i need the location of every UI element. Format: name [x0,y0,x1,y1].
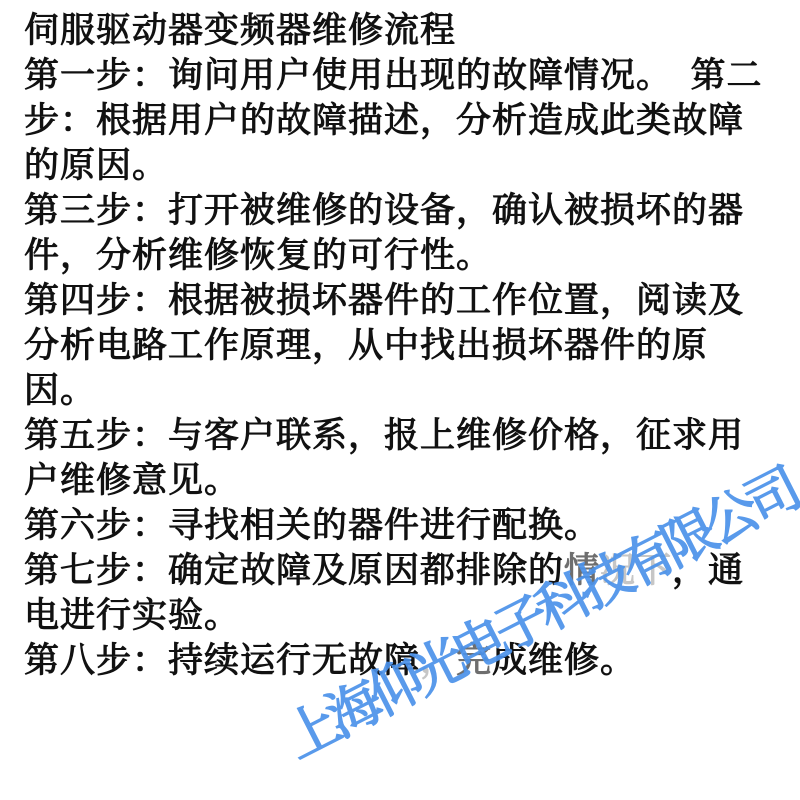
text-line: 的原因。 [24,143,792,188]
text-line: 第五步：与客户联系，报上维修价格，征求用 [24,413,792,458]
text-line: 第一步：询问用户使用出现的故障情况。 第二 [24,53,792,98]
text-segment: 分析电路工作原理，从中找出损坏器件的原 [24,326,708,365]
text-segment: 成维修。 [492,641,636,680]
text-segment: 第一步：询问用户使用出现的故障情况。 第二 [24,56,763,95]
document-page: 伺服驱动器变频器维修流程 第一步：询问用户使用出现的故障情况。 第二步：根据用户… [0,0,800,800]
text-segment: 况下 [600,551,672,590]
text-line: 户维修意见。 [24,458,792,503]
text-segment: 的原因。 [24,146,168,185]
text-line: 第六步：寻找相关的器件进行配换。 [24,503,792,548]
text-segment: ，通 [672,551,744,590]
text-segment: 第四步：根据被损坏器件的工作位置，阅读及 [24,281,744,320]
document-text: 伺服驱动器变频器维修流程 第一步：询问用户使用出现的故障情况。 第二步：根据用户… [24,8,792,683]
text-segment: 第三步：打开被维修的设备，确认被损坏的器 [24,191,744,230]
text-segment: 第八步：持续运行无故障 [24,641,420,680]
text-segment: 户维修意见。 [24,461,240,500]
document-title: 伺服驱动器变频器维修流程 [24,8,792,53]
text-line: 第四步：根据被损坏器件的工作位置，阅读及 [24,278,792,323]
text-line: 因。 [24,368,792,413]
text-line: 第八步：持续运行无故障，完成维修。 [24,638,792,683]
text-line: 第七步：确定故障及原因都排除的情况下，通 [24,548,792,593]
text-segment: 第六步：寻找相关的器件进行配换。 [24,506,600,545]
text-line: 分析电路工作原理，从中找出损坏器件的原 [24,323,792,368]
text-segment: 件，分析维修恢复的可行性。 [24,236,492,275]
text-line: 电进行实验。 [24,593,792,638]
document-body: 第一步：询问用户使用出现的故障情况。 第二步：根据用户的故障描述，分析造成此类故… [24,53,792,683]
text-line: 步：根据用户的故障描述，分析造成此类故障 [24,98,792,143]
text-segment: 电进行实验。 [24,596,240,635]
text-segment: 步：根据用户的故障描述，分析造成此类故障 [24,101,744,140]
text-segment: ， [420,641,456,680]
text-line: 第三步：打开被维修的设备，确认被损坏的器 [24,188,792,233]
text-segment: 第五步：与客户联系，报上维修价格，征求用 [24,416,744,455]
text-segment: 情 [564,551,600,590]
text-segment: 因。 [24,371,96,410]
text-line: 件，分析维修恢复的可行性。 [24,233,792,278]
text-segment: 完 [456,641,492,680]
text-segment: 第七步：确定故障及原因都排除的 [24,551,564,590]
